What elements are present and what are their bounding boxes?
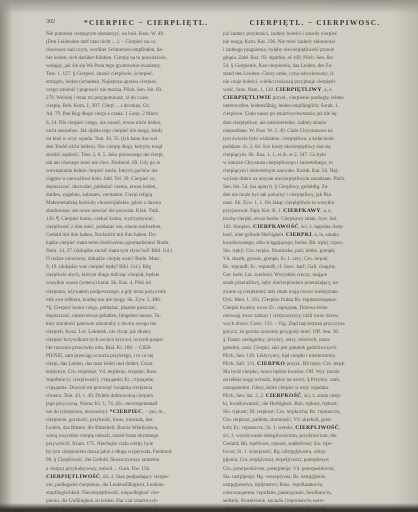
text-line: genehm, rauh. Cierpki, iaki jest gatunek… bbox=[223, 344, 389, 352]
text-line: ciągnie w nieważliwe koło. Jabł. Tel. 39… bbox=[46, 175, 209, 183]
text-line: wszytkie wasze (wstecz) karał. Sk. Kaz. … bbox=[46, 279, 209, 287]
text-line: cierpiącym. Sk. Kaz. 1, 1, et ib. et 2, … bbox=[223, 151, 389, 159]
text-line: ustrpgljenstvo, trpljenstvo; Ross. терпѣ… bbox=[223, 481, 389, 489]
text-line: nie mogą. Karn. Kat. 236. Nie mieć żadné… bbox=[223, 38, 389, 46]
text-line: gorycz, że gorzko znosimy przygody mieć.… bbox=[223, 328, 389, 336]
text-line: Cierpki kwaśny owoc Ec. пародовь. Drzewa… bbox=[223, 304, 389, 312]
headword: CIERPIĘTLIWY bbox=[276, 87, 322, 93]
text-line: chrustu. Teat. 43, c. 49. Dylem dobrowol… bbox=[46, 392, 209, 400]
text-line: den nie może być tak pokorny i cierpiętl… bbox=[223, 191, 389, 199]
text-line: Ger. herb; Lat. acerbus). Wszystkie rzec… bbox=[223, 271, 389, 279]
text-line: Ma bydź cierpko, nowo będzie kwaśno. Off… bbox=[223, 368, 389, 376]
left-column: Nie potrzeba cierpiącym złomarzyć, on bo… bbox=[46, 30, 209, 470]
text-line: cierpieć krzywdkom tych swoich krzywd, u… bbox=[46, 336, 209, 344]
text-line: cierpiano, używałem podpowszego; a gdy t… bbox=[46, 288, 209, 296]
headword: CIERPLIWOŚĆ bbox=[295, 425, 339, 431]
running-header-left-text: *CIERPIEC − CIERPLIĘTL. bbox=[84, 18, 208, 27]
text-line: 192. Simplex. CIERPKAWOŚĆ, ści, ż. łagod… bbox=[223, 223, 389, 231]
text-line: Vd. shartk, grenak, grenpk; Sr. 1. zery;… bbox=[223, 255, 389, 263]
text-line: chorowac nad czym, worüber Schmerzen emp… bbox=[46, 46, 209, 54]
text-line: снисхождение, терпѣніе, равнодушіе, безл… bbox=[223, 489, 389, 497]
text-line: mi ktoś w oczy wpada. Teat. 30, 35. (ich… bbox=[46, 135, 209, 143]
running-header-left: *CIERPIEC − CIERPLIĘTL. bbox=[46, 12, 211, 28]
text-line: i żadnego pragnienia, byłaby niecierpięt… bbox=[223, 46, 389, 54]
text-line: Geduld mit ihm haben, Nachsicht mit ihm … bbox=[46, 231, 209, 239]
text-line: nie czuje boleści, wielko roskoszą przyj… bbox=[223, 78, 389, 86]
text-line: czego zmienić i poprawić nie można. Pilc… bbox=[46, 86, 209, 94]
text-line: 98. § Cierpliwość, die Geduld. Skuszczyw… bbox=[46, 456, 209, 464]
headword: CIERPKAWY bbox=[283, 208, 321, 214]
text-line: ertragen, leiden (schaden). Najlepsza up… bbox=[46, 78, 209, 86]
text-line: (Den Leidenden darf man nicht ....). − C… bbox=[46, 38, 209, 46]
text-line: a cierpca przyłudzywszy, mówił ... Gorn.… bbox=[46, 465, 209, 473]
text-line: 279. Wolniej i teraz mi przypominasz, iż… bbox=[46, 94, 209, 102]
headword: CIERPIĘTLIWIE bbox=[223, 95, 271, 101]
text-line: 9, 19. (dokądże was cierpieć będę? Bibl.… bbox=[46, 263, 209, 271]
text-line: jego przyczyną. Niemc Kr. 1, 74. (Ec. не… bbox=[46, 400, 209, 408]
text-line: by tym cierpieniem dusza jakie z długa w… bbox=[46, 448, 209, 456]
text-line: nie do (cierpienia, nieznośny). *CIERPIE… bbox=[46, 408, 209, 416]
text-line: Pilch. Sen. 120. Liktycyory, bąd cierpki… bbox=[223, 352, 389, 360]
text-line: wielą wszystkie cierpię odeszli, zniósł … bbox=[46, 432, 209, 440]
text-line: tak ani równego mieć nie chce. Paulmod. … bbox=[46, 159, 209, 167]
text-line: niepoddane. W. Post. W. 2, 49. Ciało Chr… bbox=[223, 127, 389, 135]
text-line: Teat. 1, 127. § Cierpieć, znosić cierpli… bbox=[46, 70, 209, 78]
text-line: trochę cierpki, etwas herbe. Cierpkawy s… bbox=[223, 215, 389, 223]
text-line: niu, podleganie cierpieniu, die Leidensf… bbox=[46, 481, 209, 489]
text-line: Rs. терпкій; Ec. терпкій, cf. Suec. karf… bbox=[223, 263, 389, 271]
text-line: kądże cierpieć mam temu złośliwemu zgrom… bbox=[46, 239, 209, 247]
text-line: gljenia; Cro. terpljivoszt, terpeljivosz… bbox=[223, 456, 389, 464]
text-line: zkoliść zapłacić. Teat. 3, 6, 5. Jako pi… bbox=[46, 151, 209, 159]
text-line: Leiden, das Bittere, die Bitterkeit. Bra… bbox=[46, 424, 209, 432]
text-line: wołając, jak źle się Wa Pana tego grunto… bbox=[46, 62, 209, 70]
text-line: cierpi, das Leiden, das man leidet und d… bbox=[46, 360, 209, 368]
headword: CIERPKAWOŚĆ bbox=[253, 224, 299, 230]
right-column: już żadnéy przykrości, żadnéy boleści i … bbox=[223, 30, 389, 470]
text-line: poddane. ib. 3, 64. Syn kiedy niecierpię… bbox=[223, 143, 389, 151]
text-line: Slo. trpký; Crn. terpke, flourinske, pul… bbox=[223, 247, 389, 255]
text-line: cierpiącym i śmiertelnym nazwało. Karnk.… bbox=[223, 167, 389, 175]
text-line: cierpię. Boh. Kom. 1, 307. Cierp', ...i … bbox=[46, 102, 209, 110]
dictionary-page: 302 *CIERPIEC − CIERPLIĘTL. CIERPIĘTL. −… bbox=[0, 0, 418, 512]
text-line: 54. § Cierpienie, Kan cierpiemia, das Le… bbox=[223, 62, 389, 70]
text-line: cierpliwie złych, którym długo milcząc c… bbox=[46, 271, 209, 279]
headword: CIERPKOŚĆ bbox=[266, 393, 302, 399]
running-header-right-text: CIERPIĘTL. − CIERPIWOSC. bbox=[249, 18, 380, 27]
text-line: kiey śmiałości panowie nikomuby z dworu … bbox=[46, 320, 209, 328]
text-line: Cro. terpkust, paldota, skomność; Vd. sk… bbox=[223, 416, 389, 424]
text-line: Ad. 79. Pan Bóg długo cierpi a czeka. 1 … bbox=[46, 110, 209, 118]
text-line: wyższe dobro za umysłe niecierpiętliwym … bbox=[223, 175, 389, 183]
text-line: 6, 14. Nie cierpieć czego, nie znosić, e… bbox=[46, 119, 209, 127]
text-line: Sen. list. 54. (na apatyi). § Cierpliwy,… bbox=[223, 183, 389, 191]
text-line: Pilch. Sall. 131. CIERPKO przysł., Bh tr… bbox=[223, 360, 389, 368]
text-line: przywrócili. Kram. 175. Niechajże ciało … bbox=[46, 440, 209, 448]
text-line: dzie cierpiętliwe, ale nieśmiertelne, ża… bbox=[223, 119, 389, 127]
text-line: kolt; Ec. терпкость; Sr. 1. wetoks. CIER… bbox=[223, 424, 389, 432]
book-spine-shadow bbox=[0, 0, 12, 512]
text-line: cierpliwe. Ciało nasze po zmartwychwstan… bbox=[223, 110, 389, 118]
bottom-edge-shadow bbox=[0, 503, 418, 512]
text-line: Slo. trpkost; Dl. terpkost; Cro. terpkoc… bbox=[223, 408, 389, 416]
text-line: głupia. Zabł. Roz. 93. Apathie, ef 169, … bbox=[223, 54, 389, 62]
text-line: terplenye; Crn. terplenje; Vd. terplenje… bbox=[46, 368, 209, 376]
text-line: na lekkie nogę wchodź, lepiey na ostre).… bbox=[223, 376, 389, 384]
text-line: Num. 14, 27. (dokądże znosić mam tym zły… bbox=[46, 247, 209, 255]
text-line: Mahometańską kościoły chrześcijańskie, g… bbox=[46, 199, 209, 207]
text-line: nasz. Sk. Zyw. 1, 1. On Jakąc cierpiętli… bbox=[223, 199, 389, 207]
text-line: 130. ¶. Cierpieć komu, czekać komu, wytr… bbox=[46, 215, 209, 223]
headword: CIERPKO bbox=[257, 361, 285, 367]
text-line: ki, kwaśkowatość, die Herbigkeit. Boh. t… bbox=[223, 400, 389, 408]
text-line: O rodzie niewierny, dokądże cierpię wam?… bbox=[46, 255, 209, 263]
text-line: wewnątrznie łednie cierpieć może, Innych… bbox=[46, 167, 209, 175]
text-line: zwane są cierpkiemi; taki smak mają owoc… bbox=[223, 288, 389, 296]
text-line: ber leiden, sich darüber fränken. Cierpi… bbox=[46, 54, 209, 62]
text-line: w naturze Chrystusa cierpiętliwego i śmi… bbox=[223, 159, 389, 167]
text-line: kwaśkowatego, albo ściągającego, herbe; … bbox=[223, 239, 389, 247]
text-line: unangenehm. Głosy, które cierpko w uszy … bbox=[223, 384, 389, 392]
text-line: Pilch. Sen. list. 2, 2. CIERPKOŚĆ, ści, … bbox=[223, 392, 389, 400]
text-line: przyjmował. Papr. Kot. B. 1. CIERPKAWY, … bbox=[223, 207, 389, 215]
text-line: zbudowane; ale nowe stawiać nie pozwala.… bbox=[46, 207, 209, 215]
text-line: Sla. ustrpljenje; Hg. veszeplyves; Rs. u… bbox=[223, 473, 389, 481]
text-line: Geduld; Bh. trpělivost, trpnost, snášeli… bbox=[223, 440, 389, 448]
text-line: терпѣніе (v. cierpliwość), страданіе; Ec… bbox=[46, 376, 209, 384]
text-line: livost; Sr. 1. ścierpność; Rg. uStrpglji… bbox=[223, 448, 389, 456]
text-line: kość, eine gelinde Herbigkeit. CIERPKI, … bbox=[223, 231, 389, 239]
text-line: dulden, zugeben, zulassen, verstatten. C… bbox=[46, 191, 209, 199]
text-line: *§. Cierpieć komu czego, pobłażać, płaze… bbox=[46, 304, 209, 312]
running-header-right: CIERPIĘTL. − CIERPIWOSC. bbox=[240, 12, 390, 28]
text-line: smak przeraźliwy, zęby niecierpieniem pr… bbox=[223, 279, 389, 287]
text-line: dopuszczać, einem etwas gehalten, hingeh… bbox=[46, 312, 209, 320]
text-line: Crn. poterpeshlivost, poterplenje; Vd. p… bbox=[223, 465, 389, 473]
text-line: cierpliwość z nim mieć, pobłażać mu, ein… bbox=[46, 223, 209, 231]
text-line: cierpienie, gorzkość, przykrość, kwas, n… bbox=[46, 416, 209, 424]
text-line: § Transl. nielagodny, przykry, ostry, mü… bbox=[223, 336, 389, 344]
text-line: dopuszczać, dozwalać, pobłażać czemu, et… bbox=[46, 183, 209, 191]
text-line: już żadnéy przykrości, żadnéy boleści i … bbox=[223, 30, 389, 38]
text-line: tym świecie było widzialne, cierpiętliwe… bbox=[223, 135, 389, 143]
text-line: wość. Sras. Nam. 1, 128. CIERPIĘTLIWY, a… bbox=[223, 86, 389, 94]
text-line: miewają owoc zadany i cierpcarzyszy, niż… bbox=[223, 312, 389, 320]
text-line: Nie potrzeba cierpiącym złomarzyć, on bo… bbox=[46, 30, 209, 38]
text-line: mik swe odbiera, kradnę mu nie mogę. Sk.… bbox=[46, 296, 209, 304]
text-line: Dyk. Med. 1, 561. Cierpkie frukta Rs. те… bbox=[223, 296, 389, 304]
text-line: unterworfen, leidensfähig, leiden empfän… bbox=[223, 102, 389, 110]
text-line: CIERPIĘTLIWOŚĆ, ści, ż. Stan podpadający… bbox=[46, 473, 209, 481]
headword: CIERPKI bbox=[286, 232, 312, 238]
text-line: CIERPIĘTLIWIE przysł., cierpieniu podleg… bbox=[223, 94, 389, 102]
headword: *CIERPIEC bbox=[110, 409, 143, 415]
headword: CIERPIĘTLIWOŚĆ bbox=[46, 474, 100, 480]
text-line: wych drzew. Cresc. 131. − Fig. Ztąd najc… bbox=[223, 320, 389, 328]
text-line: ści, ż. wytolywanie dolegliwościom, przy… bbox=[223, 432, 389, 440]
text-line: nicht ausstehen. Jak djabła tego cierpie… bbox=[46, 127, 209, 135]
text-line: страданіе. Dozwól mi przewięć świątnią c… bbox=[46, 384, 209, 392]
text-line: den Teufel nicht leiden). Nie cierpię dł… bbox=[46, 143, 209, 151]
text-line: PIENIE, sam przeciąg uczucia przykrego, … bbox=[46, 352, 209, 360]
text-line: stand des Leidens. Chory umie, cyna odwy… bbox=[223, 70, 389, 78]
text-line: cierpieli. Kosz. Lor. Lokietek, nie chcą… bbox=[46, 328, 209, 336]
text-line: empfänglichkeit. Niecierpiętliwość, niep… bbox=[46, 489, 209, 497]
text-line: lite ruszenie przeciwko nim. Bial. Kr. 1… bbox=[46, 344, 209, 352]
